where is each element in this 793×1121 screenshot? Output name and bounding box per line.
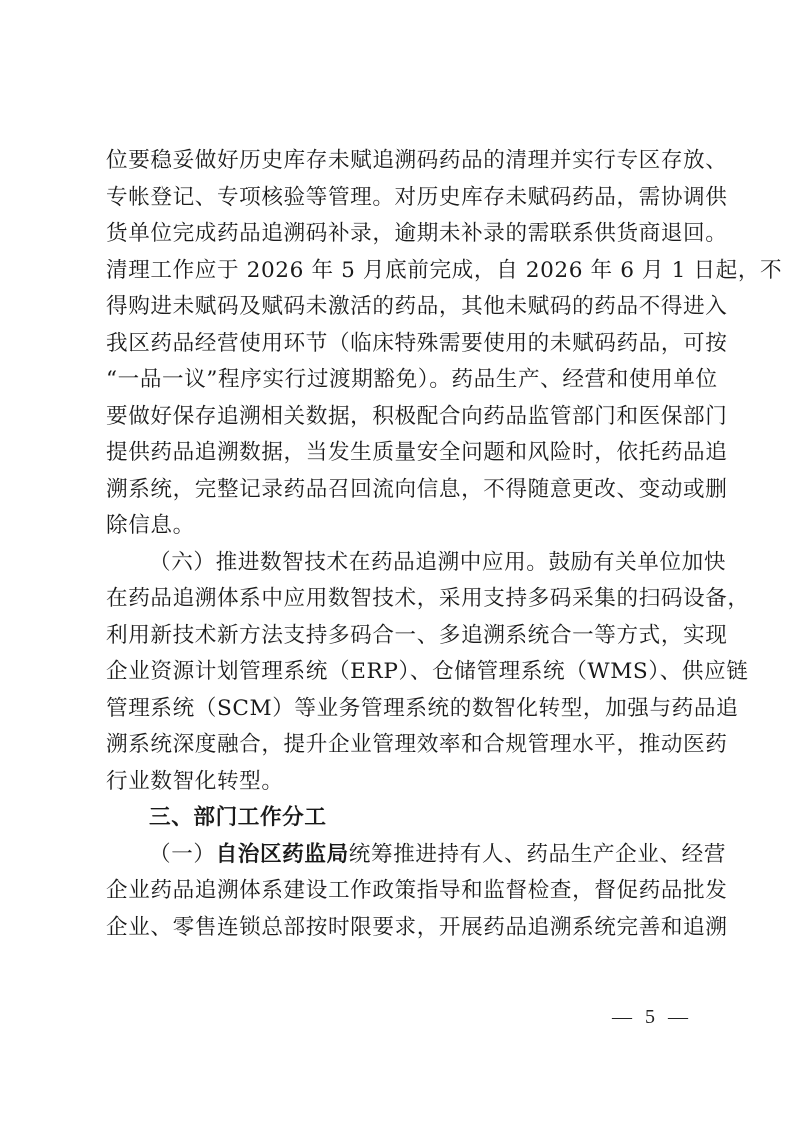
responsible-entity: 自治区药监局 (216, 842, 349, 867)
text-line: 位要稳妥做好历史库存未赋追溯码药品的清理并实行专区存放、 (106, 146, 698, 183)
text-fragment: 统筹推进持有人、药品生产企业、经营 (349, 842, 726, 867)
text-line: （六）推进数智技术在药品追溯中应用。鼓励有关单位加快 (106, 548, 698, 585)
text-line: “一品一议”程序实行过渡期豁免）。药品生产、经营和使用单位 (106, 365, 698, 402)
text-line: 专帐登记、专项核验等管理。对历史库存未赋码药品，需协调供 (106, 183, 698, 220)
text-line: 在药品追溯体系中应用数智技术，采用支持多码采集的扫码设备， (106, 584, 698, 621)
text-line: 要做好保存追溯相关数据，积极配合向药品监管部门和医保部门 (106, 402, 698, 439)
paragraph-digital-tech: （六）推进数智技术在药品追溯中应用。鼓励有关单位加快 在药品追溯体系中应用数智技… (106, 548, 698, 804)
text-line: 行业数智化转型。 (106, 767, 698, 804)
text-line: 利用新技术新方法支持多码合一、多追溯系统合一等方式，实现 (106, 621, 698, 658)
item-prefix: （一） (149, 842, 216, 867)
section-heading: 三、部门工作分工 (106, 803, 698, 840)
text-line: 溯系统深度融合，提升企业管理效率和合规管理水平，推动医药 (106, 730, 698, 767)
text-line: 清理工作应于 2026 年 5 月底前完成，自 2026 年 6 月 1 日起，… (106, 256, 698, 293)
text-line: 溯系统，完整记录药品召回流向信息，不得随意更改、变动或删 (106, 475, 698, 512)
text-line: 得购进未赋码及赋码未激活的药品，其他未赋码的药品不得进入 (106, 292, 698, 329)
text-line: 企业、零售连锁总部按时限要求，开展药品追溯系统完善和追溯 (106, 913, 698, 950)
text-line: 管理系统（SCM）等业务管理系统的数智化转型，加强与药品追 (106, 694, 698, 731)
text-line: 除信息。 (106, 511, 698, 548)
text-line: （一）自治区药监局统筹推进持有人、药品生产企业、经营 (106, 840, 698, 877)
text-line: 提供药品追溯数据，当发生质量安全问题和风险时，依托药品追 (106, 438, 698, 475)
text-line: 企业药品追溯体系建设工作政策指导和监督检查，督促药品批发 (106, 876, 698, 913)
paragraph-department-duties: （一）自治区药监局统筹推进持有人、药品生产企业、经营 企业药品追溯体系建设工作政… (106, 840, 698, 950)
text-line: 企业资源计划管理系统（ERP）、仓储管理系统（WMS）、供应链 (106, 657, 698, 694)
text-line: 货单位完成药品追溯码补录，逾期未补录的需联系供货商退回。 (106, 219, 698, 256)
document-page: 位要稳妥做好历史库存未赋追溯码药品的清理并实行专区存放、 专帐登记、专项核验等管… (106, 146, 698, 949)
paragraph-traceability-cleanup: 位要稳妥做好历史库存未赋追溯码药品的清理并实行专区存放、 专帐登记、专项核验等管… (106, 146, 698, 548)
text-line: 我区药品经营使用环节（临床特殊需要使用的未赋码药品，可按 (106, 329, 698, 366)
page-number: — 5 — (612, 1006, 692, 1029)
